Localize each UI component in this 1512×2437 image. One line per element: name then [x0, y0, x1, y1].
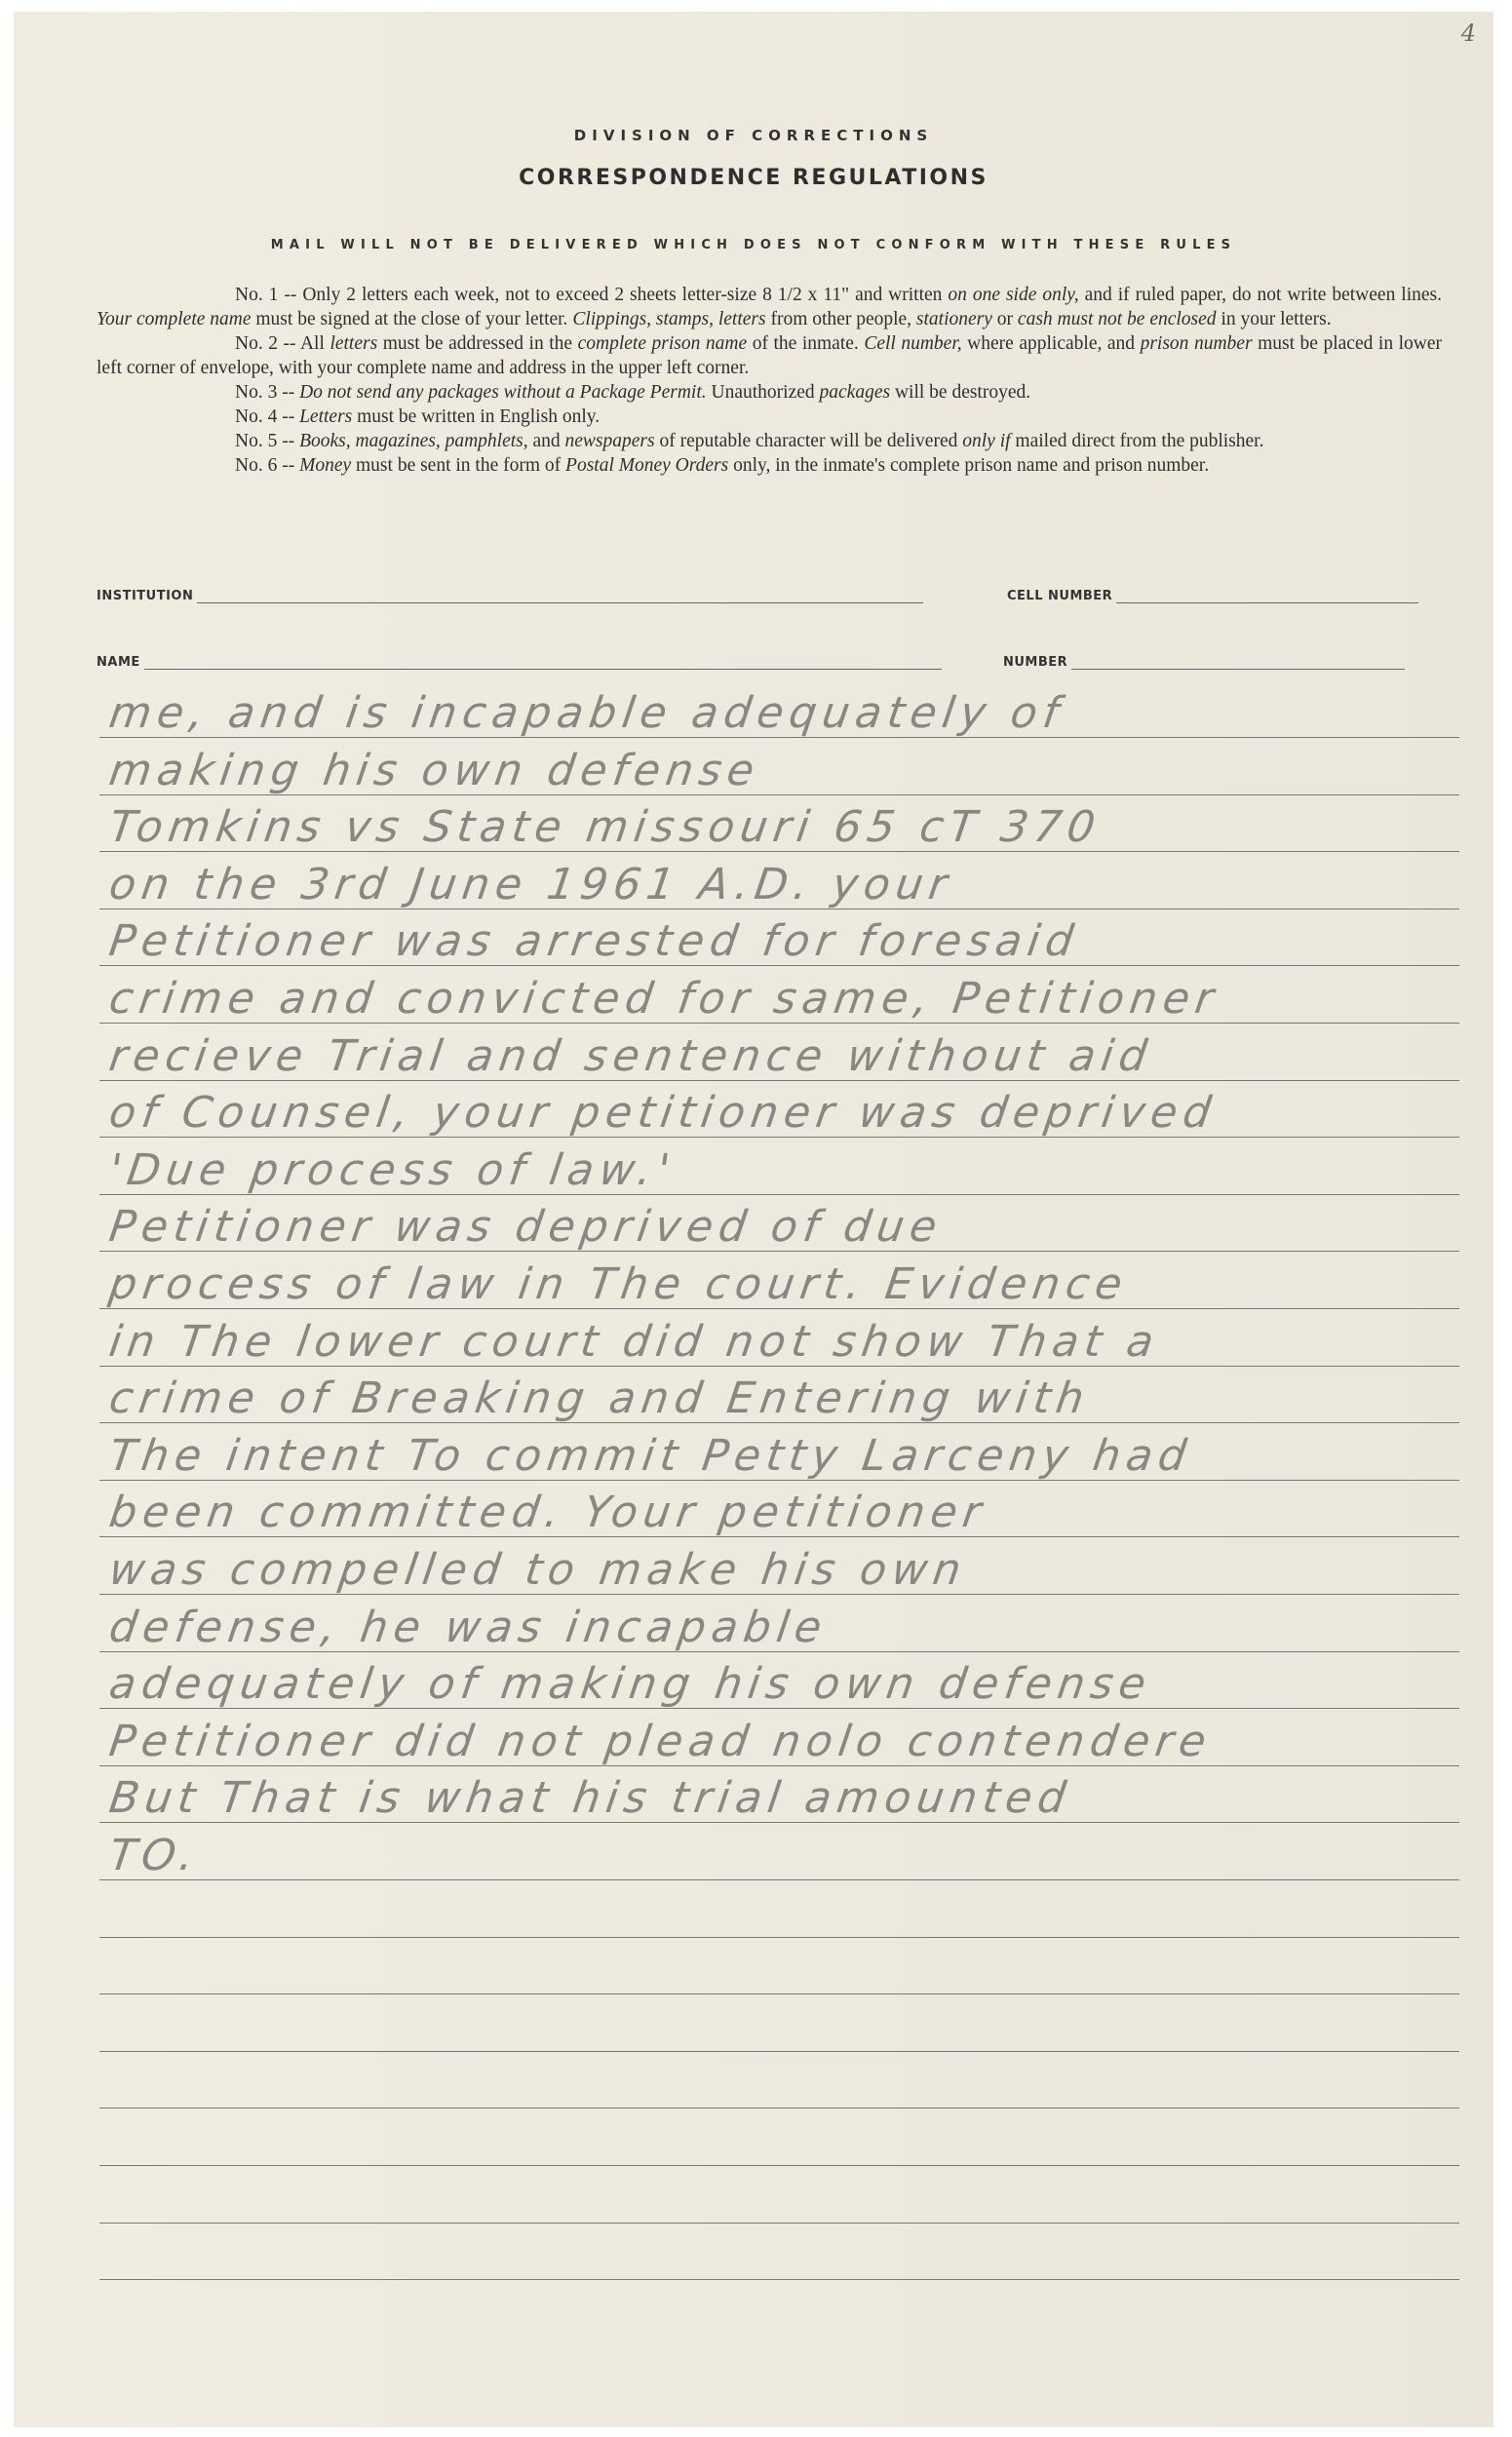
handwritten-line: Petitioner was arrested for foresaid [106, 916, 1478, 966]
handwritten-line: adequately of making his own defense [106, 1659, 1478, 1709]
regulation-text: only, in the inmate's complete prison na… [728, 455, 1209, 476]
name-label: NAME [97, 655, 140, 670]
institution-label: INSTITUTION [97, 589, 193, 603]
handwritten-line: of Counsel, your petitioner was deprived [106, 1088, 1478, 1138]
correspondence-form-page: 4 DIVISION OF CORRECTIONS CORRESPONDENCE… [14, 12, 1493, 2427]
handwritten-line: me, and is incapable adequately of [106, 688, 1478, 738]
regulation-text: and if ruled paper, do not write between… [1079, 285, 1442, 305]
handwritten-line: crime and convicted for same, Petitioner [106, 974, 1478, 1024]
ruled-line [99, 2165, 1459, 2166]
regulation-text: mailed direct from the publisher. [1011, 431, 1264, 451]
page-number: 4 [1461, 19, 1476, 47]
regulation-text: must be addressed in the [377, 333, 577, 354]
emphasized-text: Do not send any packages without a Packa… [299, 382, 707, 403]
regulation-text: and [528, 431, 565, 451]
regulation-item: No. 2 -- All letters must be addressed i… [97, 331, 1442, 380]
ruled-line [99, 1993, 1459, 1994]
regulation-item: No. 5 -- Books, magazines, pamphlets, an… [97, 429, 1442, 453]
emphasized-text: letters [330, 333, 377, 354]
regulation-text: from other people, [766, 309, 916, 329]
regulation-number: No. 2 -- [235, 333, 296, 354]
emphasized-text: on one side only, [948, 285, 1078, 305]
emphasized-text: cash must not be enclosed [1018, 309, 1217, 329]
number-label: NUMBER [1003, 655, 1067, 670]
handwritten-line: The intent To commit Petty Larceny had [106, 1431, 1478, 1481]
emphasized-text: Your complete name [97, 309, 252, 329]
institution-input-line[interactable] [197, 589, 923, 603]
cell-number-field[interactable]: CELL NUMBER [1007, 589, 1418, 603]
handwritten-line: Petitioner did not plead nolo contendere [106, 1717, 1478, 1766]
handwritten-line: TO. [106, 1831, 1478, 1880]
institution-field[interactable]: INSTITUTION [97, 589, 923, 603]
ruled-line [99, 2279, 1459, 2280]
regulation-text: must be written in English only. [352, 406, 600, 427]
emphasized-text: Letters [299, 406, 352, 427]
regulation-item: No. 1 -- Only 2 letters each week, not t… [97, 283, 1442, 331]
handwritten-line: process of law in The court. Evidence [106, 1259, 1478, 1309]
regulation-item: No. 3 -- Do not send any packages withou… [97, 380, 1442, 405]
name-field[interactable]: NAME [97, 655, 942, 670]
emphasized-text: Cell number, [864, 333, 961, 354]
division-heading: DIVISION OF CORRECTIONS [14, 127, 1493, 144]
emphasized-text: Postal Money Orders [565, 455, 728, 476]
regulation-text: All [296, 333, 330, 354]
regulation-number: No. 1 -- [235, 285, 296, 305]
regulation-text: where applicable, and [962, 333, 1141, 354]
handwritten-line: Tomkins vs State missouri 65 cT 370 [106, 802, 1478, 852]
handwritten-line: on the 3rd June 1961 A.D. your [106, 860, 1478, 909]
emphasized-text: only if [962, 431, 1010, 451]
handwritten-line: But That is what his trial amounted [106, 1773, 1478, 1823]
emphasized-text: Books, magazines, pamphlets, [299, 431, 528, 451]
handwritten-line: making his own defense [106, 746, 1478, 795]
regulation-text: Unauthorized [707, 382, 820, 403]
number-field[interactable]: NUMBER [1003, 655, 1405, 670]
name-row: NAME NUMBER [97, 655, 1461, 678]
form-title: CORRESPONDENCE REGULATIONS [14, 166, 1493, 190]
regulation-text: must be sent in the form of [351, 455, 565, 476]
handwritten-line: was compelled to make his own [106, 1545, 1478, 1595]
handwritten-line: Petitioner was deprived of due [106, 1202, 1478, 1252]
regulation-text: of reputable character will be delivered [655, 431, 963, 451]
ruled-line [99, 1937, 1459, 1938]
handwritten-line: been committed. Your petitioner [106, 1488, 1478, 1537]
emphasized-text: Money [299, 455, 351, 476]
ruled-line [99, 2108, 1459, 2108]
emphasized-text: newspapers [565, 431, 655, 451]
emphasized-text: complete prison name [578, 333, 748, 354]
handwritten-line: crime of Breaking and Entering with [106, 1373, 1478, 1423]
regulation-item: No. 6 -- Money must be sent in the form … [97, 453, 1442, 478]
handwritten-line: defense, he was incapable [106, 1603, 1478, 1652]
regulation-text: will be destroyed. [890, 382, 1030, 403]
regulation-text: must be signed at the close of your lett… [252, 309, 573, 329]
regulation-number: No. 3 -- [235, 382, 294, 403]
emphasized-text: packages [820, 382, 891, 403]
handwritten-line: recieve Trial and sentence without aid [106, 1031, 1478, 1081]
regulation-text: in your letters. [1217, 309, 1332, 329]
regulation-number: No. 6 -- [235, 455, 294, 476]
regulation-item: No. 4 -- Letters must be written in Engl… [97, 405, 1442, 429]
regulation-text: Only 2 letters each week, not to exceed … [296, 285, 948, 305]
emphasized-text: stationery [916, 309, 992, 329]
ruled-line [99, 2051, 1459, 2052]
regulation-text: of the inmate. [747, 333, 864, 354]
emphasized-text: Clippings, stamps, letters [572, 309, 765, 329]
handwritten-line: 'Due process of law.' [106, 1145, 1478, 1195]
number-input-line[interactable] [1071, 655, 1405, 670]
emphasized-text: prison number [1141, 333, 1253, 354]
institution-row: INSTITUTION CELL NUMBER [97, 589, 1461, 612]
name-input-line[interactable] [144, 655, 942, 670]
regulation-number: No. 4 -- [235, 406, 294, 427]
cell-number-input-line[interactable] [1116, 589, 1418, 603]
handwritten-line: in The lower court did not show That a [106, 1317, 1478, 1367]
regulation-number: No. 5 -- [235, 431, 294, 451]
ruled-line [99, 2223, 1459, 2224]
cell-number-label: CELL NUMBER [1007, 589, 1112, 603]
regulation-text: or [992, 309, 1018, 329]
regulations-list: No. 1 -- Only 2 letters each week, not t… [97, 283, 1442, 478]
delivery-notice: MAIL WILL NOT BE DELIVERED WHICH DOES NO… [14, 238, 1493, 252]
